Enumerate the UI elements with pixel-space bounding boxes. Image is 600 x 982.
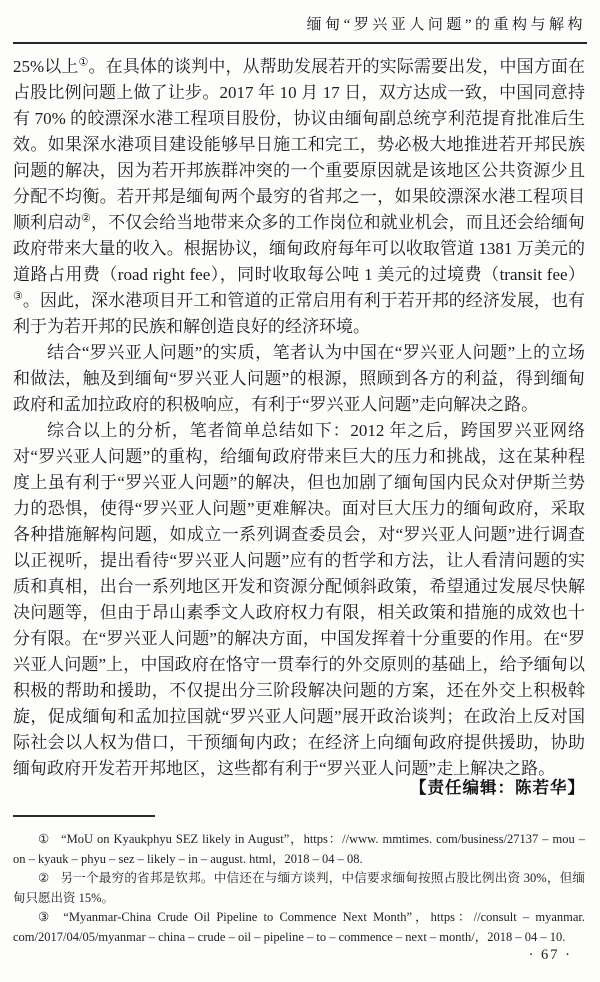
footnote-marker: ① [79, 56, 89, 68]
footnote-text: “Myanmar-China Crude Oil Pipeline to Com… [13, 910, 585, 944]
footnotes-list: ①“MoU on Kyaukphyu SEZ likely in August”… [13, 830, 585, 947]
footnote-number: ③ [38, 910, 52, 924]
footnote-item: ③“Myanmar-China Crude Oil Pipeline to Co… [13, 908, 585, 947]
footnote-text: 另一个最穷的省邦是钦邦。中信还在与缅方谈判，中信要求缅甸按照占股比例出资 30%… [13, 871, 585, 905]
footnote-separator-rule [13, 815, 155, 817]
paragraph: 结合“罗兴亚人问题”的实质，笔者认为中国在“罗兴亚人问题”上的立场和做法，触及到… [13, 340, 585, 418]
journal-page: 缅甸“罗兴亚人问题”的重构与解构 25%以上①。在具体的谈判中，从帮助发展若开的… [0, 0, 600, 982]
paragraph-text: 25%以上 [13, 57, 79, 76]
editor-credit: 【责任编辑：陈若华】 [410, 774, 585, 798]
page-number: · 67 · [529, 947, 572, 964]
footnote-marker: ② [81, 212, 91, 224]
paragraph-text: ，不仅会给当地带来众多的工作岗位和就业机会，而且还会给缅甸政府带来大量的收入。根… [13, 213, 585, 284]
footnote-number: ① [38, 832, 50, 846]
paragraph-text: 。因此，深水港项目开工和管道的正常启用有利于若开邦的经济发展，也有利于为若开邦的… [13, 291, 585, 336]
running-header-title: 缅甸“罗兴亚人问题”的重构与解构 [307, 13, 586, 34]
footnote-item: ②另一个最穷的省邦是钦邦。中信还在与缅方谈判，中信要求缅甸按照占股比例出资 30… [13, 869, 585, 908]
footnote-item: ①“MoU on Kyaukphyu SEZ likely in August”… [13, 830, 585, 869]
footnotes-section: ①“MoU on Kyaukphyu SEZ likely in August”… [13, 815, 585, 947]
footnote-marker: ③ [13, 290, 23, 302]
header-rule [13, 42, 587, 44]
paragraph-text: 。在具体的谈判中，从帮助发展若开的实际需要出发，中国方面在占股比例问题上做了让步… [13, 57, 585, 232]
paragraphs-container: 25%以上①。在具体的谈判中，从帮助发展若开的实际需要出发，中国方面在占股比例问… [13, 54, 585, 782]
footnote-text: “MoU on Kyaukphyu SEZ likely in August”，… [13, 832, 585, 866]
paragraph: 25%以上①。在具体的谈判中，从帮助发展若开的实际需要出发，中国方面在占股比例问… [13, 54, 585, 340]
paragraph: 综合以上的分析，笔者简单总结如下：2012 年之后，跨国罗兴亚网络对“罗兴亚人问… [13, 418, 585, 782]
article-body: 25%以上①。在具体的谈判中，从帮助发展若开的实际需要出发，中国方面在占股比例问… [13, 54, 585, 782]
footnote-number: ② [38, 871, 49, 885]
paragraph-text: 结合“罗兴亚人问题”的实质，笔者认为中国在“罗兴亚人问题”上的立场和做法，触及到… [13, 343, 585, 414]
paragraph-text: 综合以上的分析，笔者简单总结如下：2012 年之后，跨国罗兴亚网络对“罗兴亚人问… [13, 421, 585, 778]
